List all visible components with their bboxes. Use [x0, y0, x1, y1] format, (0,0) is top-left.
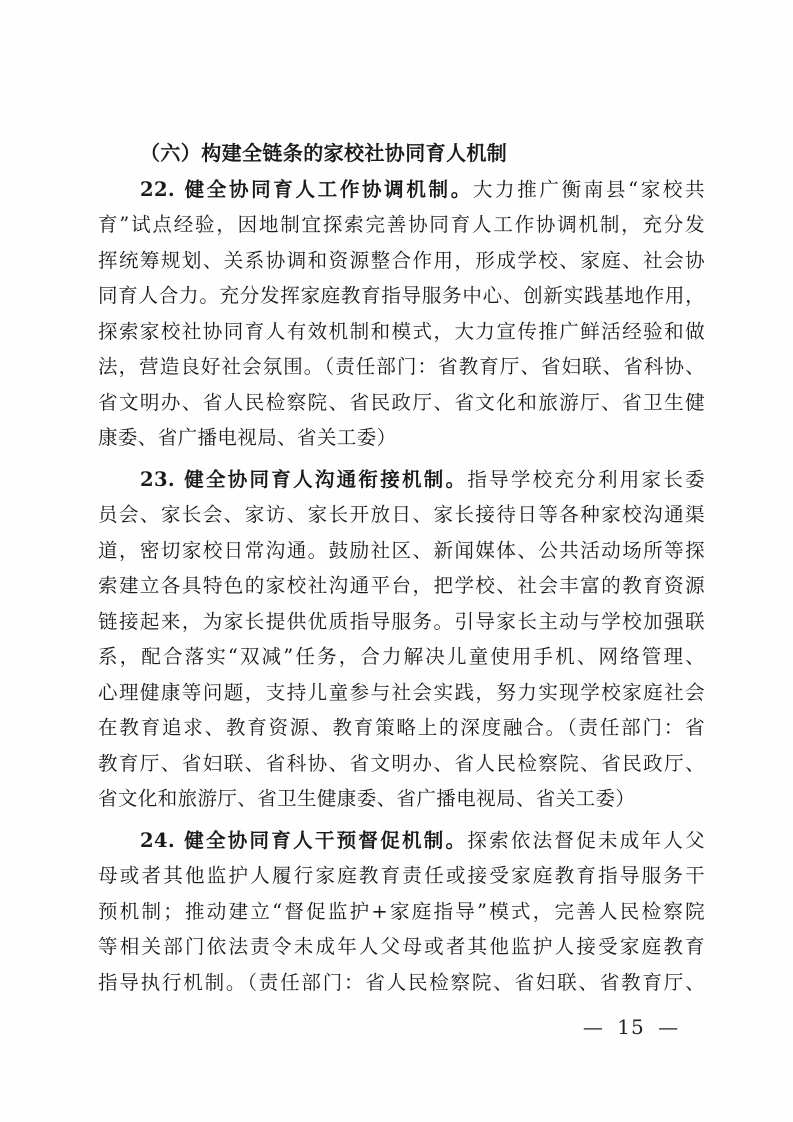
- paragraph-text: 探索依法督促未成年人父: [467, 829, 705, 852]
- document-line: 教育厅、省妇联、省科协、省文明办、省人民检察院、省民政厅、: [98, 746, 705, 782]
- document-line: 在教育追求、教育资源、教育策略上的深度融合。（责任部门：省: [98, 710, 705, 746]
- document-line: 24. 健全协同育人干预督促机制。探索依法督促未成年人父: [98, 823, 705, 859]
- paragraph-text: 教育厅、省妇联、省科协、省文明办、省人民检察院、省民政厅、: [98, 752, 705, 775]
- paragraph-text: 系，配合落实“双减”任务，合力解决儿童使用手机、网络管理、: [98, 645, 705, 668]
- document-line: 心理健康等问题，支持儿童参与社会实践，努力实现学校家庭社会: [98, 675, 705, 711]
- paragraph-text: 大力推广衡南县“家校共: [473, 178, 705, 201]
- document-line: 育”试点经验，因地制宜探索完善协同育人工作协调机制，充分发: [98, 207, 705, 243]
- document-line: 员会、家长会、家访、家长开放日、家长接待日等各种家校沟通渠: [98, 497, 705, 533]
- paragraph-text: 康委、省广播电视局、省关工委）: [98, 426, 397, 449]
- paragraph-text: 省文化和旅游厅、省卫生健康委、省广播电视局、省关工委）: [98, 787, 635, 810]
- paragraph-text: 母或者其他监护人履行家庭教育责任或接受家庭教育指导服务干: [98, 864, 705, 887]
- document-line: 22. 健全协同育人工作协调机制。大力推广衡南县“家校共: [98, 172, 705, 208]
- paragraph-text: 指导执行机制。（责任部门：省人民检察院、省妇联、省教育厅、: [98, 971, 705, 994]
- paragraph-number-title: 22. 健全协同育人工作协调机制。: [140, 178, 473, 201]
- paragraph-text: 等相关部门依法责令未成年人父母或者其他监护人接受家庭教育: [98, 935, 705, 958]
- paragraph-text: 员会、家长会、家访、家长开放日、家长接待日等各种家校沟通渠: [98, 503, 705, 526]
- paragraph-item-22: 22. 健全协同育人工作协调机制。大力推广衡南县“家校共育”试点经验，因地制宜探…: [98, 172, 705, 456]
- paragraph-text: 探索家校社协同育人有效机制和模式，大力宣传推广鲜活经验和做: [98, 320, 705, 343]
- document-line: 省文明办、省人民检察院、省民政厅、省文化和旅游厅、省卫生健: [98, 385, 705, 421]
- document-line: 索建立各具特色的家校社沟通平台，把学校、社会丰富的教育资源: [98, 568, 705, 604]
- paragraph-item-23: 23. 健全协同育人沟通衔接机制。指导学校充分利用家长委员会、家长会、家访、家长…: [98, 462, 705, 817]
- paragraph-text: 索建立各具特色的家校社沟通平台，把学校、社会丰富的教育资源: [98, 574, 705, 597]
- document-line: 法，营造良好社会氛围。（责任部门：省教育厅、省妇联、省科协、: [98, 349, 705, 385]
- paragraph-item-24: 24. 健全协同育人干预督促机制。探索依法督促未成年人父母或者其他监护人履行家庭…: [98, 823, 705, 1001]
- paragraph-text: 心理健康等问题，支持儿童参与社会实践，努力实现学校家庭社会: [98, 681, 705, 704]
- document-page: （六）构建全链条的家校社协同育人机制 22. 健全协同育人工作协调机制。大力推广…: [0, 0, 793, 1122]
- document-line: 母或者其他监护人履行家庭教育责任或接受家庭教育指导服务干: [98, 858, 705, 894]
- paragraph-text: 同育人合力。充分发挥家庭教育指导服务中心、创新实践基地作用，: [98, 284, 705, 307]
- paragraph-text: 在教育追求、教育资源、教育策略上的深度融合。（责任部门：省: [98, 716, 705, 739]
- document-line: 等相关部门依法责令未成年人父母或者其他监护人接受家庭教育: [98, 929, 705, 965]
- document-line: 探索家校社协同育人有效机制和模式，大力宣传推广鲜活经验和做: [98, 314, 705, 350]
- document-line: 23. 健全协同育人沟通衔接机制。指导学校充分利用家长委: [98, 462, 705, 498]
- document-line: 系，配合落实“双减”任务，合力解决儿童使用手机、网络管理、: [98, 639, 705, 675]
- paragraph-text: 指导学校充分利用家长委: [467, 468, 705, 491]
- paragraph-text: 链接起来，为家长提供优质指导服务。引导家长主动与学校加强联: [98, 610, 705, 633]
- paragraph-text: 育”试点经验，因地制宜探索完善协同育人工作协调机制，充分发: [98, 213, 705, 236]
- document-line: 省文化和旅游厅、省卫生健康委、省广播电视局、省关工委）: [98, 781, 705, 817]
- paragraph-text: 挥统筹规划、关系协调和资源整合作用，形成学校、家庭、社会协: [98, 249, 705, 272]
- document-line: 指导执行机制。（责任部门：省人民检察院、省妇联、省教育厅、: [98, 965, 705, 1001]
- document-line: 同育人合力。充分发挥家庭教育指导服务中心、创新实践基地作用，: [98, 278, 705, 314]
- document-line: 道，密切家校日常沟通。鼓励社区、新闻媒体、公共活动场所等探: [98, 533, 705, 569]
- document-line: 预机制；推动建立“督促监护+家庭指导”模式，完善人民检察院: [98, 894, 705, 930]
- paragraphs-container: 22. 健全协同育人工作协调机制。大力推广衡南县“家校共育”试点经验，因地制宜探…: [98, 172, 705, 1001]
- document-line: 链接起来，为家长提供优质指导服务。引导家长主动与学校加强联: [98, 604, 705, 640]
- section-heading: （六）构建全链条的家校社协同育人机制: [98, 136, 705, 172]
- paragraph-number-title: 23. 健全协同育人沟通衔接机制。: [140, 468, 467, 491]
- paragraph-text: 预机制；推动建立“督促监护+家庭指导”模式，完善人民检察院: [98, 900, 705, 923]
- paragraph-text: 法，营造良好社会氛围。（责任部门：省教育厅、省妇联、省科协、: [98, 355, 705, 378]
- page-number: — 15 —: [556, 1012, 706, 1042]
- document-line: 挥统筹规划、关系协调和资源整合作用，形成学校、家庭、社会协: [98, 243, 705, 279]
- document-line: 康委、省广播电视局、省关工委）: [98, 420, 705, 456]
- document-body: （六）构建全链条的家校社协同育人机制 22. 健全协同育人工作协调机制。大力推广…: [98, 136, 705, 1000]
- paragraph-text: 道，密切家校日常沟通。鼓励社区、新闻媒体、公共活动场所等探: [98, 539, 705, 562]
- paragraph-number-title: 24. 健全协同育人干预督促机制。: [140, 829, 467, 852]
- paragraph-text: 省文明办、省人民检察院、省民政厅、省文化和旅游厅、省卫生健: [98, 391, 705, 414]
